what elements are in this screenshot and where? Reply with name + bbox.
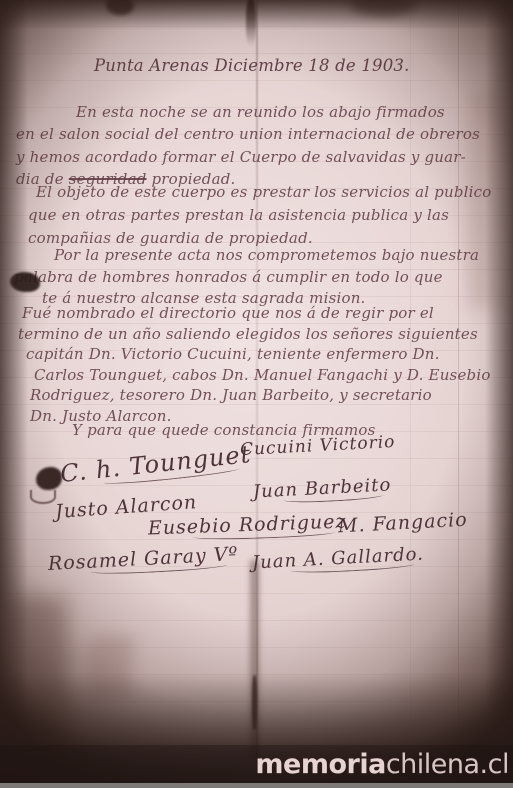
signature-m-fangacio: M. Fangacio xyxy=(338,509,469,538)
manuscript-line: en el salon social del centro union inte… xyxy=(16,123,480,145)
manuscript-line: capitán Dn. Victorio Cucuini, teniente e… xyxy=(14,344,491,365)
watermark-site-bold: memoria xyxy=(255,749,385,780)
manuscript-line: El objeto de este cuerpo es prestar los … xyxy=(28,181,492,204)
manuscript-line: Carlos Tounguet, cabos Dn. Manuel Fangac… xyxy=(14,365,491,386)
manuscript-line: y hemos acordado formar el Cuerpo de sal… xyxy=(16,146,480,168)
paragraph-3: Por la presente acta nos comprometemos b… xyxy=(14,245,479,310)
watermark-bar: memoriachilena.cl xyxy=(0,745,513,783)
manuscript-line: palabra de hombres honrados á cumplir en… xyxy=(14,267,479,289)
signature-eusebio-rodriguez: Eusebio Rodriguez xyxy=(148,511,347,543)
manuscript-line: Fué nombrado el directorio que nos á de … xyxy=(14,303,491,324)
manuscript-line: que en otras partes prestan la asistenci… xyxy=(28,204,492,227)
paragraph-2: El objeto de este cuerpo es prestar los … xyxy=(28,181,492,250)
bottom-edge-strip xyxy=(0,783,513,788)
paragraph-4: Fué nombrado el directorio que nos á de … xyxy=(14,303,491,427)
manuscript-text: Punta Arenas Diciembre 18 de 1903. En es… xyxy=(0,0,513,788)
dateline: Punta Arenas Diciembre 18 de 1903. xyxy=(94,56,410,75)
signature-juan-barbeito: Juan Barbeito xyxy=(252,474,391,505)
signature-juan-gallardo: Juan A. Gallardo. xyxy=(251,544,424,577)
paragraph-1: En esta noche se an reunido los abajo fi… xyxy=(16,101,480,191)
scanned-manuscript-photo: Punta Arenas Diciembre 18 de 1903. En es… xyxy=(0,0,513,788)
manuscript-line: En esta noche se an reunido los abajo fi… xyxy=(16,101,480,123)
manuscript-line: Por la presente acta nos comprometemos b… xyxy=(14,245,479,267)
manuscript-line: termino de un año saliendo elegidos los … xyxy=(14,324,491,345)
manuscript-line: Rodriguez, tesorero Dn. Juan Barbeito, y… xyxy=(14,385,491,406)
signature-rosamel-garay: Rosamel Garay Vº xyxy=(47,543,239,578)
signature-tounguet: C. h. Tounguet xyxy=(59,440,253,491)
watermark-site-rest: chilena.cl xyxy=(386,749,509,780)
